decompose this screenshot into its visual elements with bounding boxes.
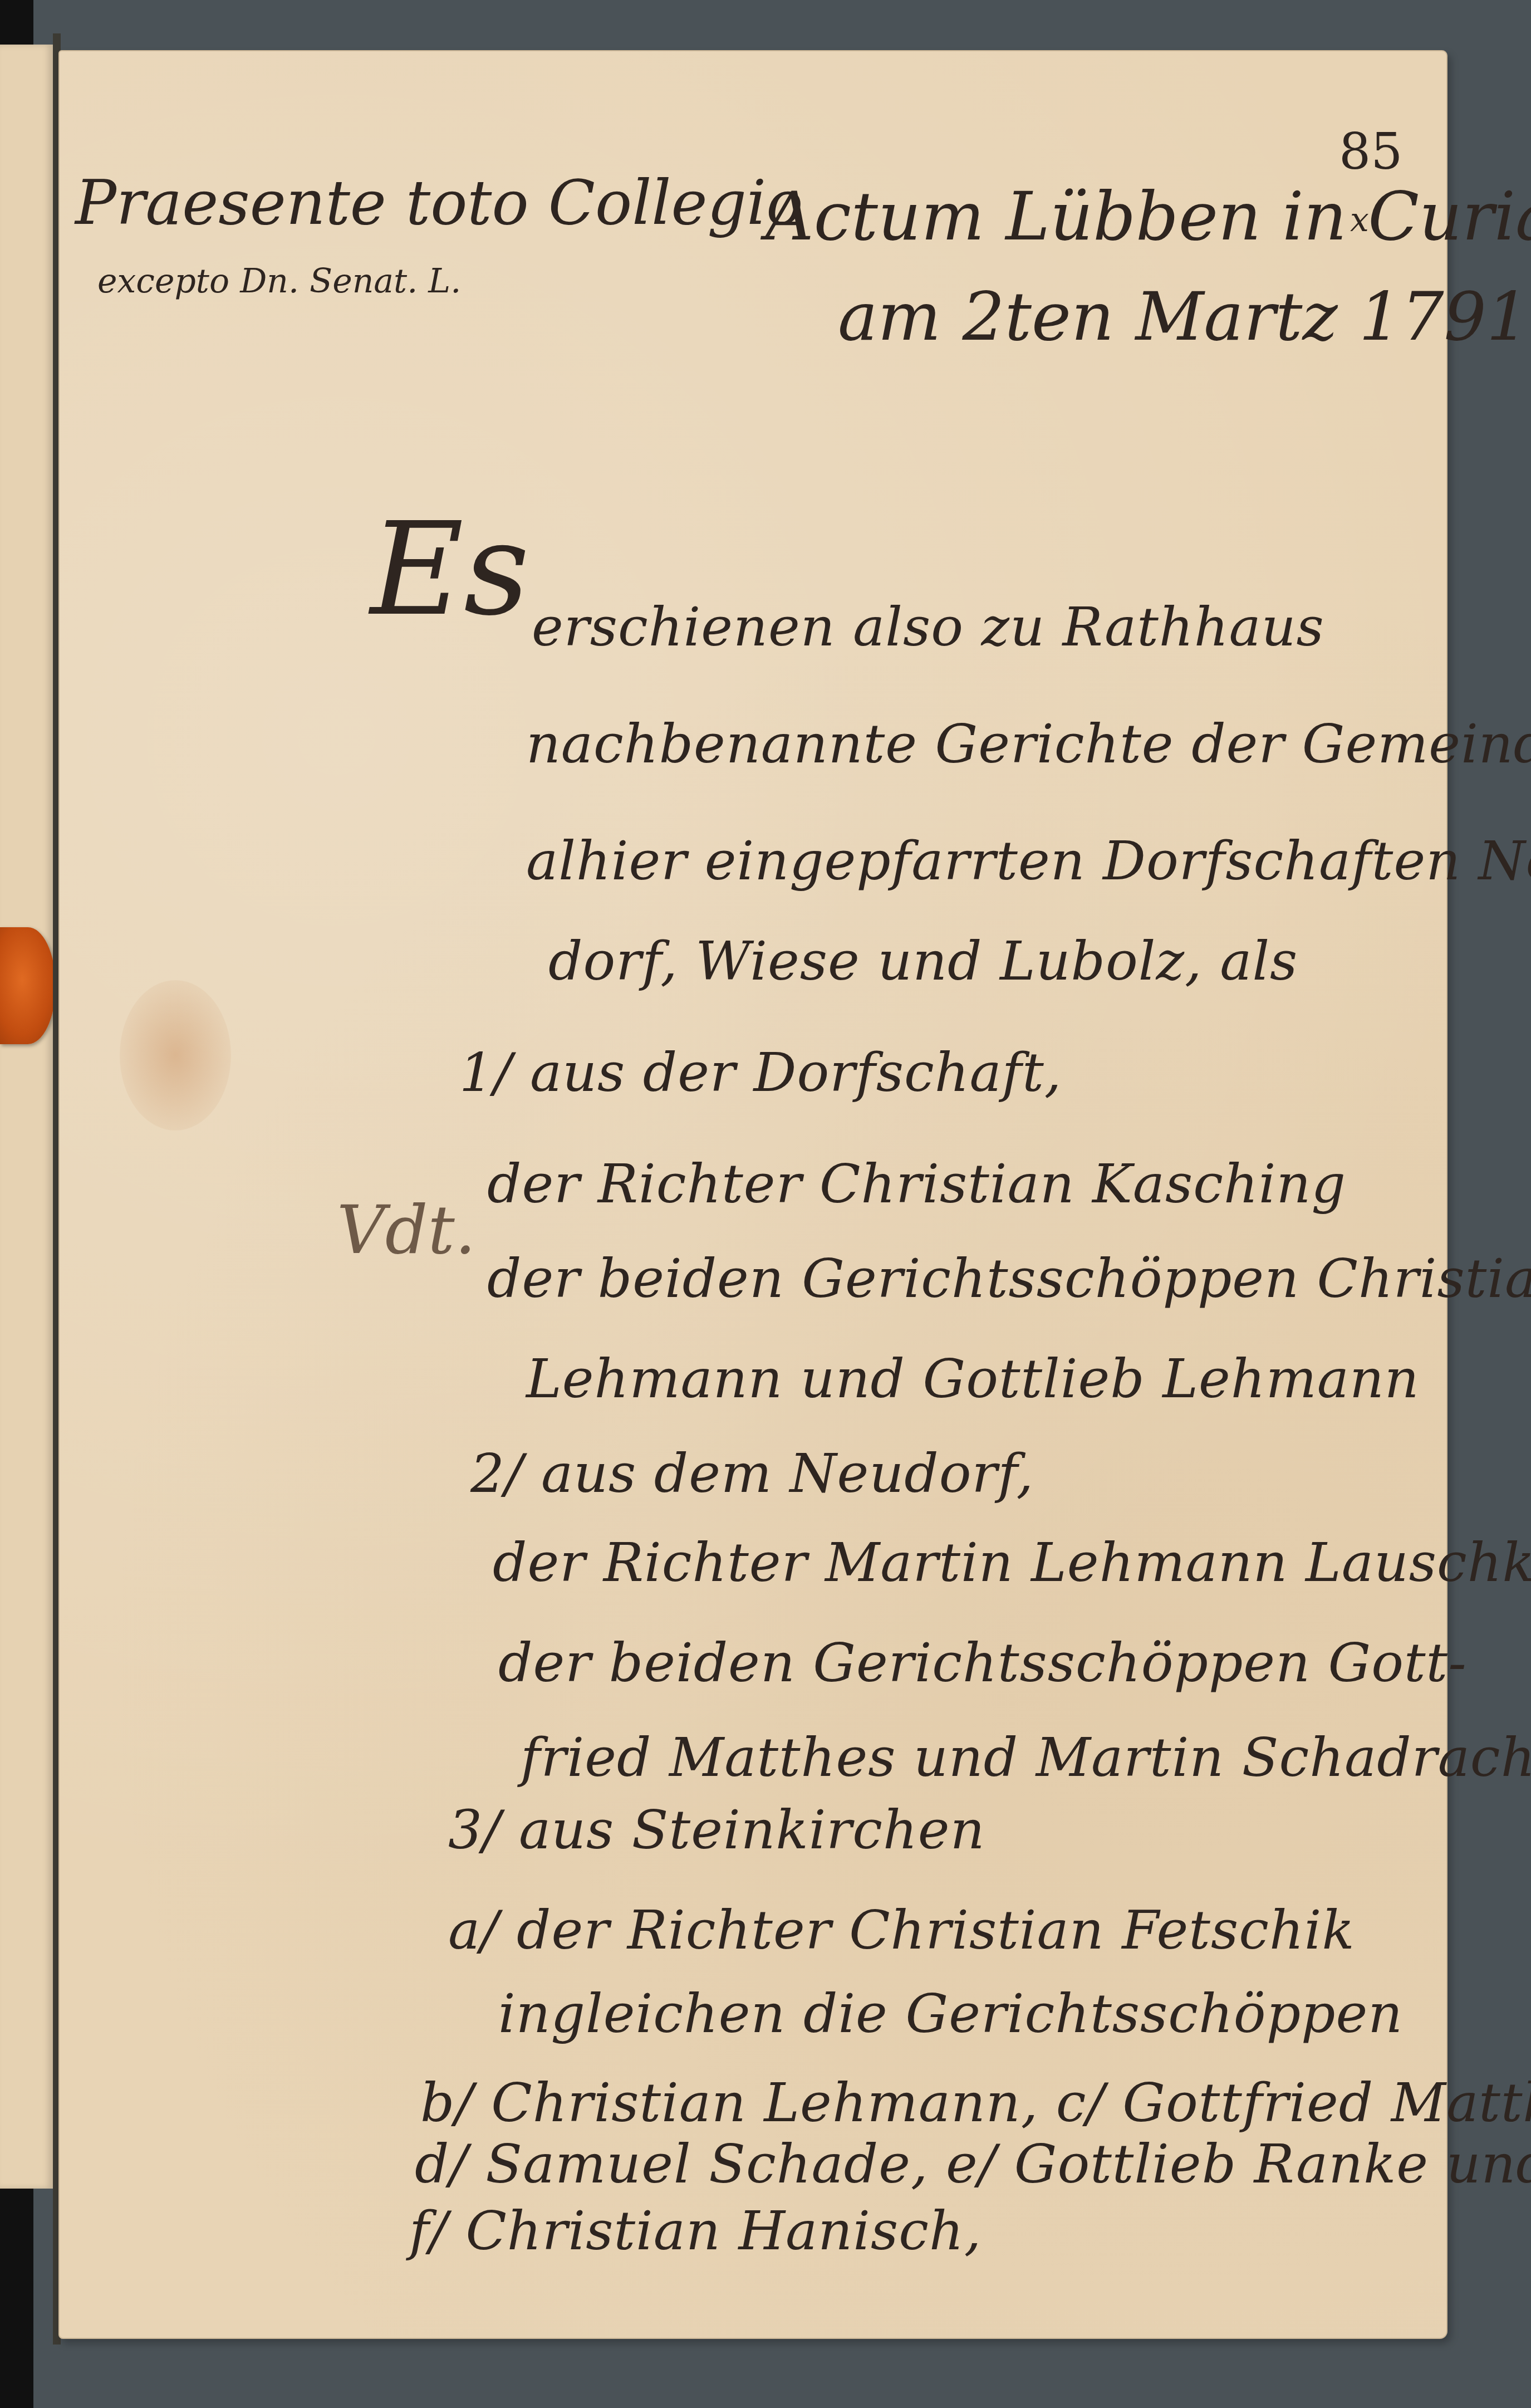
body-line: Lehmann und Gottlieb Lehmann — [526, 1348, 1420, 1410]
body-line: der beiden Gerichtsschöppen Christian — [487, 1247, 1531, 1310]
initial-letter: Es — [370, 496, 529, 644]
manuscript-page: 85 x Praesente toto Collegio excepto Dn.… — [58, 50, 1447, 2339]
body-line: 1/ aus der Dorfschaft, — [459, 1041, 1062, 1104]
left-header-line2: excepto Dn. Senat. L. — [97, 262, 461, 301]
body-line: erschienen also zu Rathhaus — [532, 596, 1324, 658]
left-header-line1: Praesente toto Collegio — [75, 167, 803, 238]
margin-note: Vdt. — [337, 1192, 476, 1269]
body-line: der Richter Christian Kasching — [487, 1153, 1346, 1215]
folio-number: 85 — [1339, 123, 1403, 181]
body-line: der Richter Martin Lehmann Lauschke, — [493, 1531, 1531, 1594]
right-header-line1: Actum Lübben in Curia, — [765, 178, 1531, 256]
body-line: f/ Christian Hanisch, — [409, 2200, 982, 2262]
body-line: a/ der Richter Christian Fetschik — [448, 1899, 1355, 1961]
body-line: ingleichen die Gerichtsschöppen — [498, 1983, 1403, 2045]
body-line: alhier eingepfarrten Dorfschaften Neu- — [526, 830, 1531, 892]
previous-leaf-edge — [0, 45, 56, 2189]
body-line: 3/ aus Steinkirchen — [448, 1799, 985, 1861]
body-line: 2/ aus dem Neudorf, — [470, 1442, 1034, 1505]
body-line: der beiden Gerichtsschöppen Gott- — [498, 1632, 1467, 1694]
body-line: fried Matthes und Martin Schadrach — [521, 1726, 1531, 1789]
right-header-line2: am 2ten Martz 1791. — [838, 278, 1531, 356]
body-line: dorf, Wiese und Lubolz, als — [548, 930, 1298, 992]
wax-seal — [0, 927, 56, 1044]
body-line: d/ Samuel Schade, e/ Gottlieb Ranke und — [415, 2133, 1531, 2195]
body-line: b/ Christian Lehmann, c/ Gottfried Mattk… — [420, 2072, 1531, 2134]
wax-stain — [120, 980, 231, 1130]
body-line: nachbenannte Gerichte der Gemeindlichen … — [526, 713, 1531, 775]
